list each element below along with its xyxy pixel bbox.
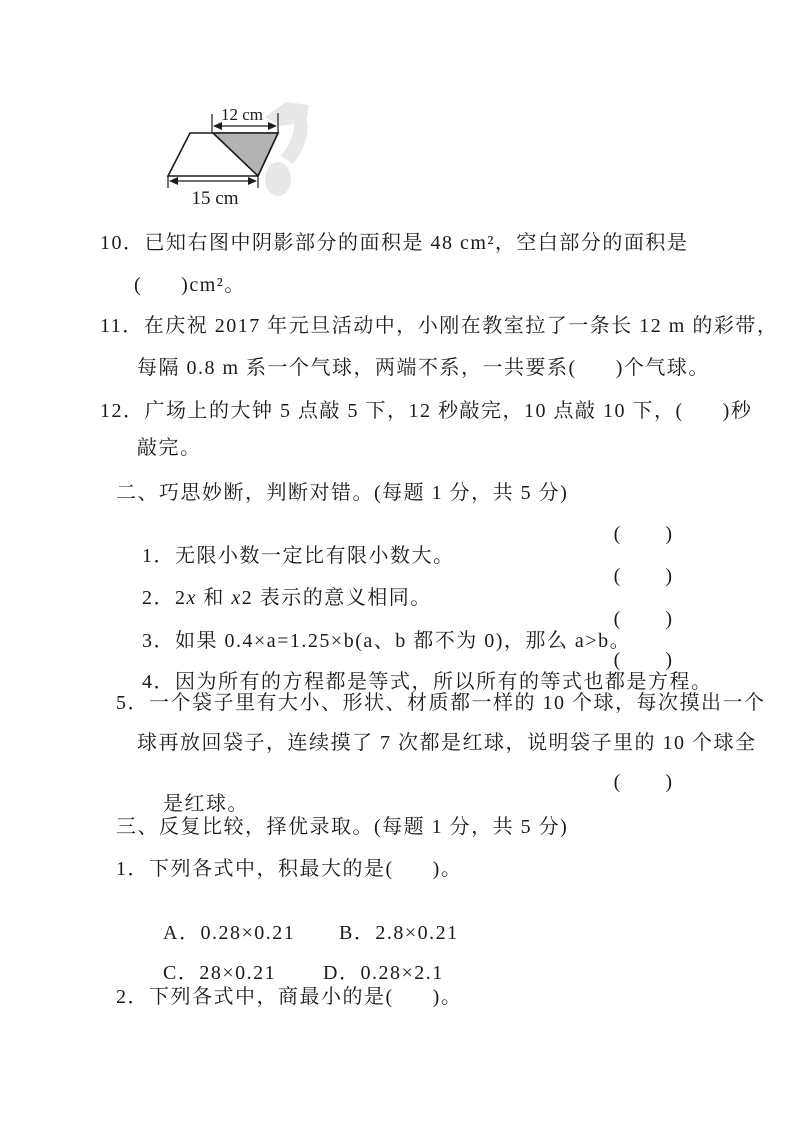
judge-question-5-text: 是红球。 <box>163 793 249 815</box>
question-12-line2: 敲完。 <box>137 437 202 461</box>
judge-question-4-text: 4．因为所有的方程都是等式，所以所有的等式也都是方程。 <box>142 671 713 693</box>
dimension-bottom <box>168 176 258 188</box>
watermark-shape <box>265 102 309 196</box>
judge-question-1: 1．无限小数一定比有限小数大。 ( ) <box>116 523 672 547</box>
question-12-line1: 12．广场上的大钟 5 点敲 5 下，12 秒敲完，10 点敲 10 下，( )… <box>100 400 752 424</box>
choice-question-2: 2．下列各式中，商最小的是( )。 <box>116 986 462 1010</box>
judge-question-4: 4．因为所有的方程都是等式，所以所有的等式也都是方程。 ( ) <box>116 649 672 673</box>
arrowhead-bottom-right <box>248 177 257 185</box>
arrowhead-top-right <box>268 122 277 130</box>
judge-question-1-text: 1．无限小数一定比有限小数大。 <box>142 545 455 567</box>
judge-question-4-answer-blank: ( ) <box>614 649 672 671</box>
judge-q2-seg3: 2 表示的意义相同。 <box>242 587 432 609</box>
question-11-line2: 每隔 0.8 m 系一个气球，两端不系，一共要系( )个气球。 <box>137 357 710 381</box>
judge-question-5-line1: 5．一个袋子里有大小、形状、材质都一样的 10 个球，每次摸出一个 <box>116 692 766 716</box>
section-3-header: 三、反复比较，择优录取。(每题 1 分，共 5 分) <box>116 816 568 840</box>
judge-question-2-answer-blank: ( ) <box>614 565 672 587</box>
section-2-header: 二、巧思妙断，判断对错。(每题 1 分，共 5 分) <box>116 482 568 506</box>
judge-q2-var-x2: x <box>231 587 241 609</box>
question-11-line1: 11．在庆祝 2017 年元旦活动中，小刚在教室拉了一条长 12 m 的彩带， <box>100 315 778 339</box>
judge-question-3-answer-blank: ( ) <box>614 608 672 630</box>
question-10-line2: ( )cm²。 <box>134 274 246 298</box>
judge-question-2: 2．2x 和 x2 表示的意义相同。 ( ) <box>116 565 672 589</box>
arrowhead-bottom-left <box>169 177 178 185</box>
judge-question-2-text: 2．2x 和 x2 表示的意义相同。 <box>142 587 432 609</box>
choice-question-1-options-row2: C．28×0.21D．0.28×2.1 <box>137 940 444 964</box>
parallelogram-figure: 12 cm 15 cm <box>160 95 345 217</box>
judge-q2-seg1: 2．2 <box>142 587 187 609</box>
judge-question-5-line3: 是红球。 ( ) <box>137 771 672 795</box>
option-c: C．28×0.21 <box>163 962 323 984</box>
option-d: D．0.28×2.1 <box>323 962 444 984</box>
judge-q2-var-x1: x <box>187 587 197 609</box>
question-10-line1: 10．已知右图中阴影部分的面积是 48 cm²，空白部分的面积是 <box>100 232 688 256</box>
judge-question-5-line2: 球再放回袋子，连续摸了 7 次都是红球，说明袋子里的 10 个球全 <box>137 732 757 756</box>
worksheet-page: 12 cm 15 cm 10．已知右图中阴影部分的面积是 48 cm²，空白部分… <box>0 0 793 1122</box>
judge-q2-seg2: 和 <box>197 587 232 609</box>
judge-question-3: 3．如果 0.4×a=1.25×b(a、b 都不为 0)，那么 a>b。 ( ) <box>116 608 672 632</box>
dimension-label-15cm: 15 cm <box>192 188 239 209</box>
choice-question-1-options-row1: A．0.28×0.21B．2.8×0.21 <box>137 900 459 924</box>
judge-question-5-answer-blank: ( ) <box>614 771 672 793</box>
choice-question-1: 1．下列各式中，积最大的是( )。 <box>116 858 462 882</box>
judge-question-1-answer-blank: ( ) <box>614 523 672 545</box>
dimension-label-12cm: 12 cm <box>221 105 263 124</box>
